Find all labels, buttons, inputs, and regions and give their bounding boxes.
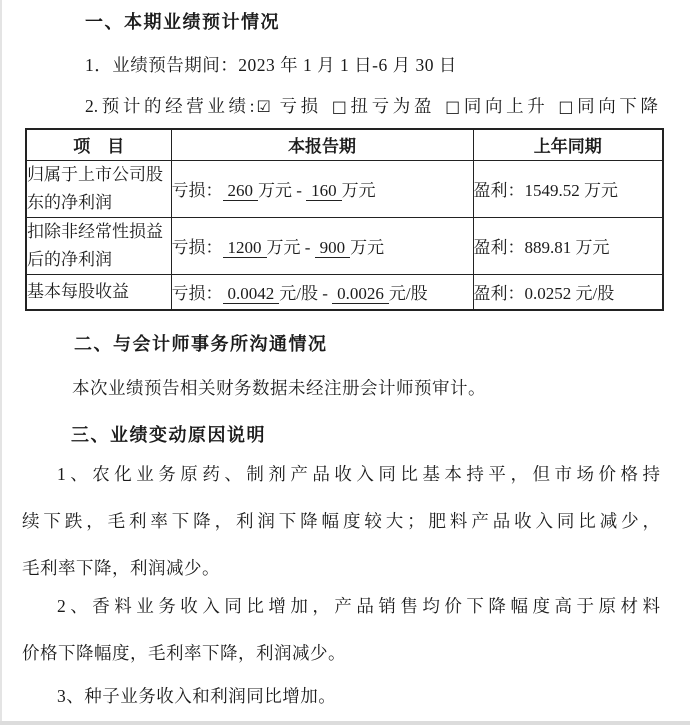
loss-range-low: 1200 (223, 238, 267, 258)
range-separator: 万元 - (258, 181, 306, 200)
row-prior-value: 盈利：889.81 万元 (473, 217, 663, 274)
loss-prefix: 亏损： (172, 238, 223, 257)
row-prior-value: 盈利：1549.52 万元 (473, 160, 663, 217)
table-header-row: 项 目 本报告期 上年同期 (26, 129, 663, 160)
expected-performance-label: 2.预计的经营业绩: (85, 96, 255, 116)
option-turn-to-profit-label: 扭亏为盈 (351, 96, 436, 116)
range-separator: 元/股 - (279, 284, 332, 303)
loss-prefix: 亏损： (172, 284, 223, 303)
reason-paragraph-1-line-3: 毛利率下降，利润减少。 (22, 560, 220, 578)
checkbox-checked-icon: ☑ (257, 97, 271, 116)
loss-range-low: 0.0042 (223, 284, 280, 304)
loss-range-low: 260 (223, 181, 259, 201)
row-current-value: 亏损：0.0042元/股 - 0.0026元/股 (171, 274, 473, 310)
loss-range-high: 160 (306, 181, 342, 201)
option-loss: ☑亏损 (257, 96, 322, 116)
table-row: 基本每股收益 亏损：0.0042元/股 - 0.0026元/股 盈利：0.025… (26, 274, 663, 310)
performance-forecast-table: 项 目 本报告期 上年同期 归属于上市公司股东的净利润 亏损：260万元 - 1… (25, 128, 664, 311)
col-header-current-period: 本报告期 (171, 129, 473, 160)
option-loss-label: 亏损 (276, 96, 322, 116)
option-turn-to-profit: □扭亏为盈 (332, 96, 435, 116)
row-current-value: 亏损：260万元 - 160万元 (171, 160, 473, 217)
checkbox-unchecked-icon: □ (445, 97, 464, 116)
table-row: 归属于上市公司股东的净利润 亏损：260万元 - 160万元 盈利：1549.5… (26, 160, 663, 217)
col-header-prior-period: 上年同期 (473, 129, 663, 160)
loss-prefix: 亏损： (172, 181, 223, 200)
section-3-heading: 三、业绩变动原因说明 (71, 426, 266, 444)
reason-paragraph-1-line-2: 续下跌，毛利率下降，利润下降幅度较大；肥料产品收入同比减少， (22, 513, 660, 531)
option-same-direction-down: □同向下降 (558, 96, 658, 116)
row-item-label: 基本每股收益 (26, 274, 171, 310)
option-same-direction-up-label: 同向上升 (464, 96, 549, 116)
reason-paragraph-1-line-1: 1、农化业务原药、制剂产品收入同比基本持平，但市场价格持 (22, 466, 660, 484)
unit-label: 万元 (342, 181, 376, 200)
loss-range-high: 900 (315, 238, 351, 258)
page-bottom-edge (0, 721, 690, 725)
row-item-label: 扣除非经常性损益后的净利润 (26, 217, 171, 274)
row-item-label: 归属于上市公司股东的净利润 (26, 160, 171, 217)
range-separator: 万元 - (267, 238, 315, 257)
announcement-document-page: { "section1": { "heading": "一、本期业绩预计情况",… (0, 0, 690, 725)
section-2-heading: 二、与会计师事务所沟通情况 (74, 335, 328, 353)
reason-paragraph-3-line-1: 3、种子业务收入和利润同比增加。 (57, 688, 336, 706)
unit-label: 元/股 (389, 284, 428, 303)
col-header-item: 项 目 (26, 129, 171, 160)
section-1-heading: 一、本期业绩预计情况 (85, 13, 280, 31)
unit-label: 万元 (350, 238, 384, 257)
loss-range-high: 0.0026 (332, 284, 389, 304)
option-same-direction-up: □同向上升 (445, 96, 548, 116)
expected-performance-line: 2.预计的经营业绩:☑亏损□扭亏为盈□同向上升□同向下降 (85, 98, 658, 116)
option-same-direction-down-label: 同向下降 (577, 96, 658, 116)
page-left-edge (0, 0, 2, 725)
auditor-note-line: 本次业绩预告相关财务数据未经注册会计师预审计。 (72, 380, 486, 398)
reason-paragraph-2-line-1: 2、香料业务收入同比增加，产品销售均价下降幅度高于原材料 (22, 598, 660, 616)
table-row: 扣除非经常性损益后的净利润 亏损：1200万元 - 900万元 盈利：889.8… (26, 217, 663, 274)
row-current-value: 亏损：1200万元 - 900万元 (171, 217, 473, 274)
checkbox-unchecked-icon: □ (558, 97, 577, 116)
row-prior-value: 盈利：0.0252 元/股 (473, 274, 663, 310)
checkbox-unchecked-icon: □ (332, 97, 351, 116)
forecast-period-line: 1．业绩预告期间：2023 年 1 月 1 日-6 月 30 日 (85, 57, 457, 75)
reason-paragraph-2-line-2: 价格下降幅度，毛利率下降，利润减少。 (22, 645, 346, 663)
